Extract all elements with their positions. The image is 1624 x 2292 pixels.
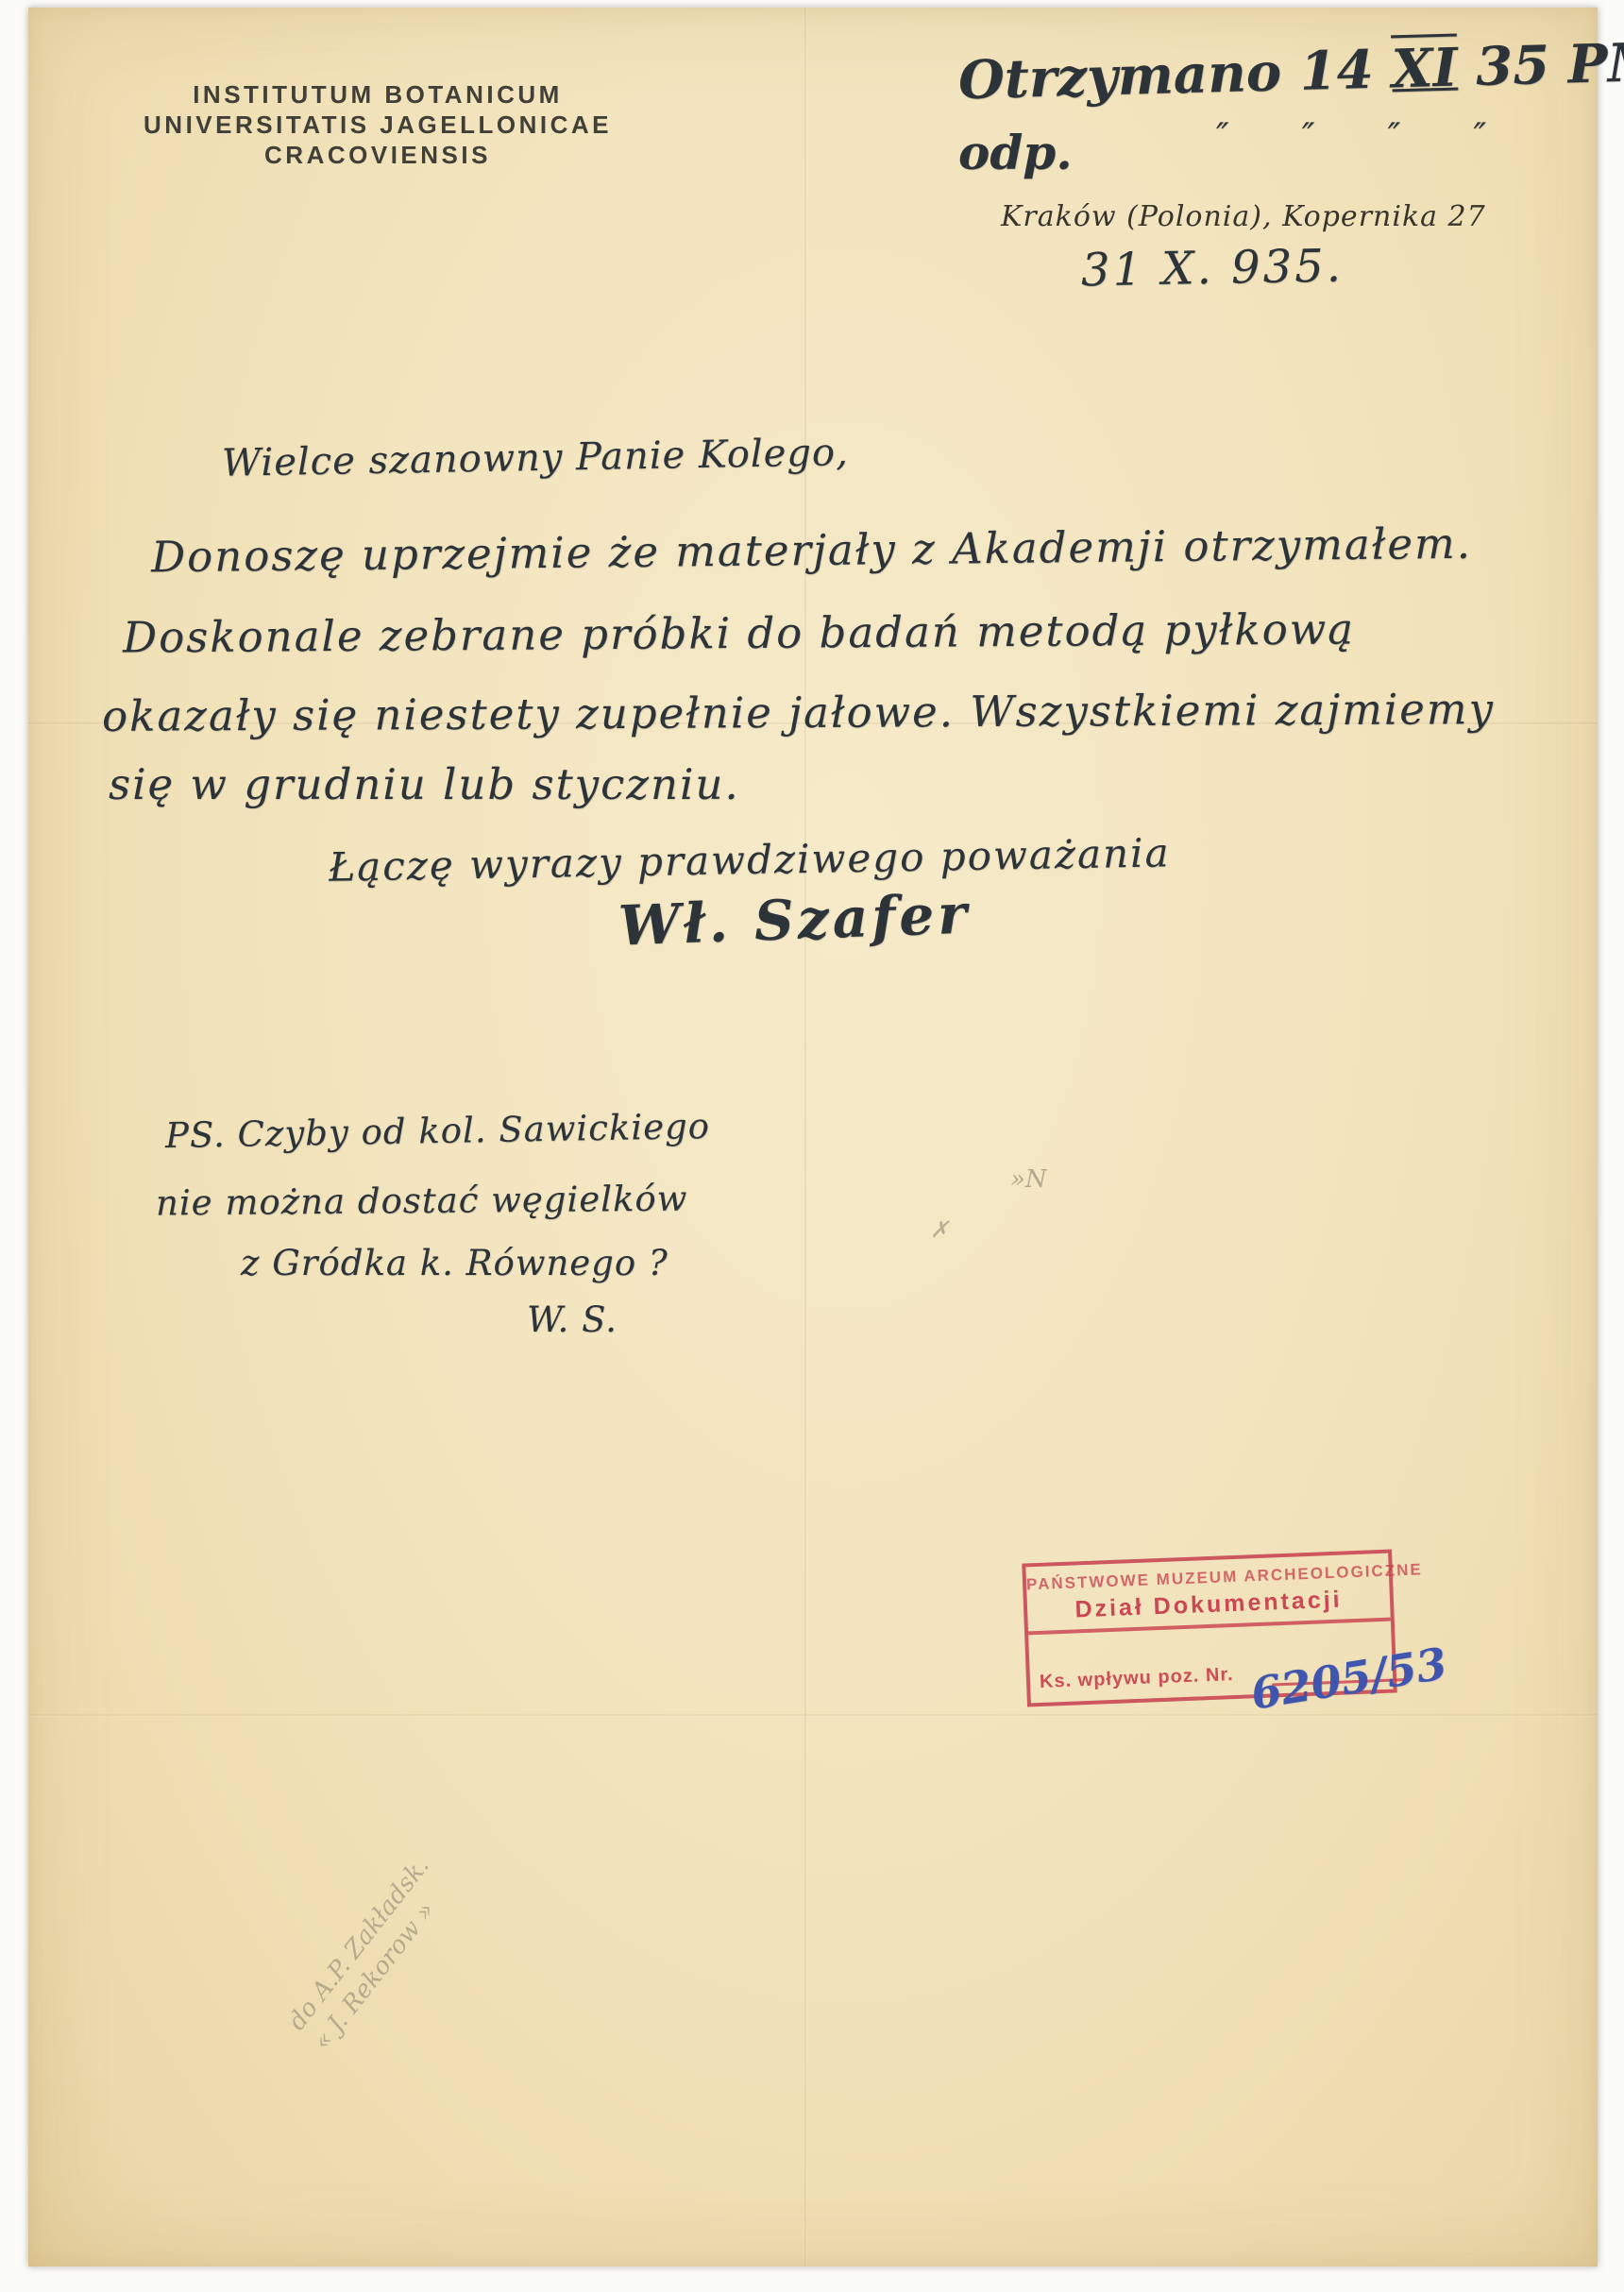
stamp-inventory-number: 6205/53 <box>1247 1638 1450 1720</box>
postscript-line-1: PS. Czyby od kol. Sawickiego <box>165 1106 711 1156</box>
letterhead-line-1: INSTITUTUM BOTANICUM <box>113 79 642 110</box>
pencil-mark-2: ✗ <box>930 1216 949 1243</box>
received-org: PMA <box>1567 30 1624 96</box>
bottom-pencil-note: do A.P. Zakładsk. « J. Rekorow » <box>281 1779 518 2057</box>
received-day: 14 <box>1299 39 1375 103</box>
received-month: XI <box>1391 37 1458 101</box>
received-annotation: Otrzymano 14 XI 35 PMA <box>957 30 1624 112</box>
letter-paper: INSTITUTUM BOTANICUM UNIVERSITATIS JAGEL… <box>28 8 1598 2267</box>
closing-line: Łączę wyrazy prawdziwego poważania <box>329 829 1171 891</box>
body-line-1: Donoszę uprzejmie że materjały z Akademj… <box>151 518 1472 583</box>
scan-background: INSTITUTUM BOTANICUM UNIVERSITATIS JAGEL… <box>0 0 1624 2292</box>
ditto-marks: ″ ″ ″ ″ <box>1216 117 1488 156</box>
reply-annotation: odp. <box>958 125 1073 180</box>
bottom-pencil-note-line-2: « J. Rekorow » <box>307 1799 518 2057</box>
salutation: Wielce szanowny Panie Kolego, <box>222 431 849 485</box>
archive-stamp: PAŃSTWOWE MUZEUM ARCHEOLOGICZNE Dział Do… <box>1022 1550 1397 1707</box>
postscript-line-3: z Gródka k. Równego ? <box>241 1243 668 1283</box>
postscript-line-2: nie można dostać węgielków <box>156 1179 688 1224</box>
postscript-initials: W. S. <box>527 1299 617 1340</box>
printed-address: Kraków (Polonia), Kopernika 27 <box>1001 200 1486 233</box>
received-word: Otrzymano <box>957 41 1282 111</box>
body-line-4: się w grudniu lub styczniu. <box>109 759 740 809</box>
stamp-register-label: Ks. wpływu poz. Nr. <box>1040 1664 1234 1693</box>
body-line-2: Doskonale zebrane próbki do badań metodą… <box>123 603 1355 662</box>
body-line-3: okazały się niestety zupełnie jałowe. Ws… <box>102 684 1495 741</box>
handwritten-date: 31 X. 935. <box>1081 240 1345 297</box>
bottom-pencil-note-line-1: do A.P. Zakładsk. <box>281 1779 493 2037</box>
received-year: 35 <box>1475 34 1550 98</box>
signature: Wł. Szafer <box>617 882 972 959</box>
letterhead: INSTITUTUM BOTANICUM UNIVERSITATIS JAGEL… <box>113 79 642 170</box>
horizontal-fold-crease-lower <box>28 1714 1598 1717</box>
letterhead-line-2: UNIVERSITATIS JAGELLONICAE <box>113 110 642 140</box>
pencil-mark-1: »N <box>1010 1165 1047 1194</box>
letterhead-line-3: CRACOVIENSIS <box>113 140 642 170</box>
vertical-fold-crease <box>804 8 807 2267</box>
